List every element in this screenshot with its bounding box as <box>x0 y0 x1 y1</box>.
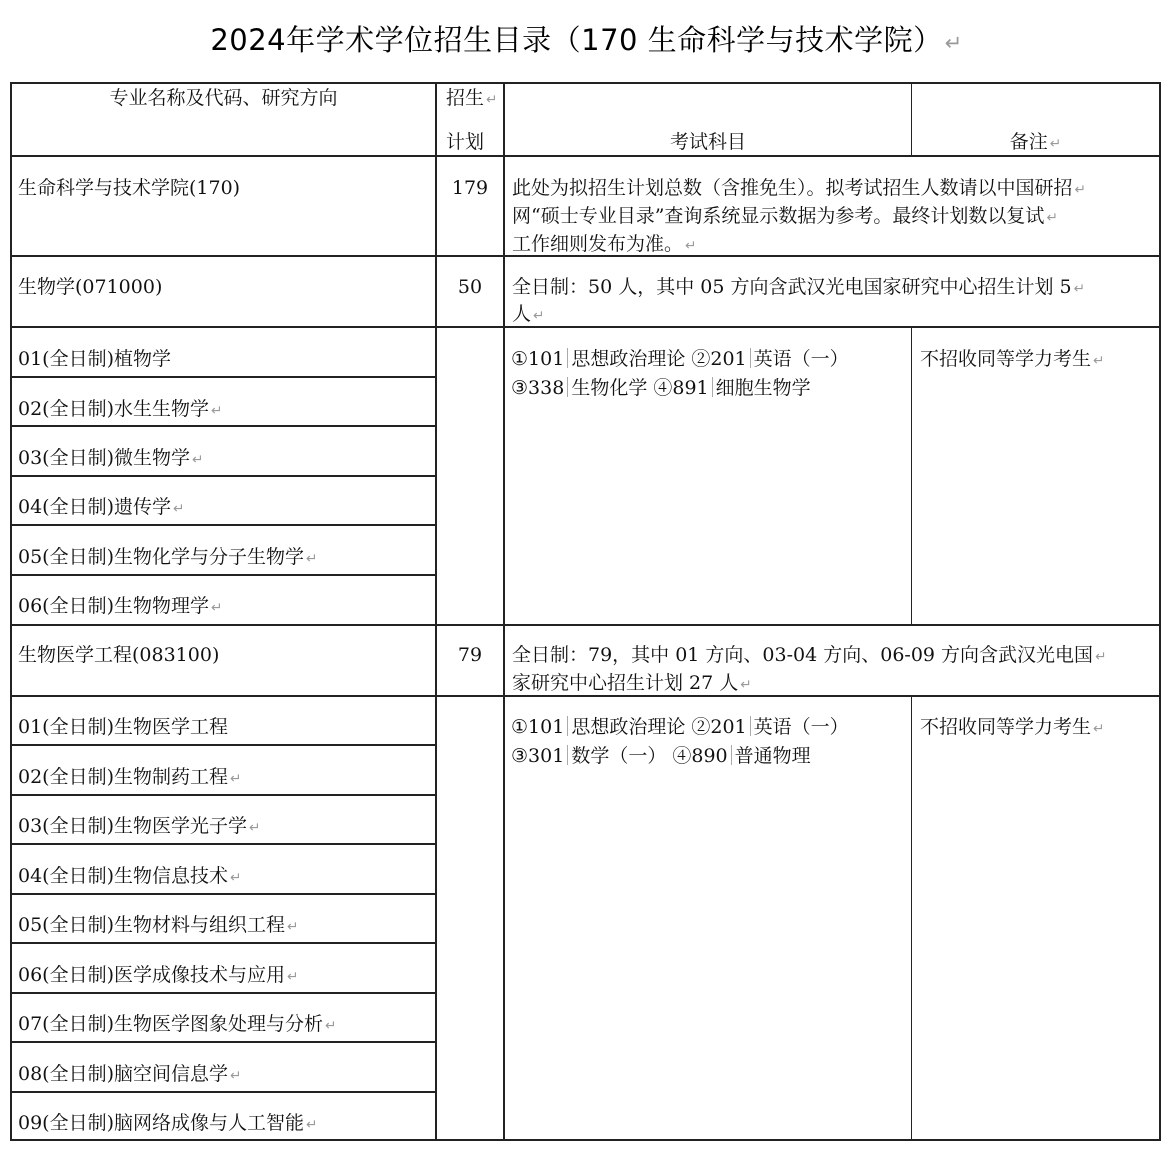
major-name: 生物医学工程(083100) <box>18 641 219 669</box>
header-exam: 考试科目 <box>505 128 911 156</box>
school-name: 生命科学与技术学院(170) <box>18 174 240 202</box>
direction-item: 04(全日制)遗传学↵ <box>18 493 184 523</box>
col-divider-2 <box>503 82 505 1141</box>
row-line <box>10 574 436 576</box>
col-divider-3-bio <box>911 327 912 625</box>
row-line <box>10 475 436 477</box>
header-plan-line2: 计划 <box>446 128 484 156</box>
major-note: 不招收同等学力考生↵ <box>920 345 1104 375</box>
major-summary-line-1: 全日制：79，其中 01 方向、03-04 方向、06-09 方向含武汉光电国↵ <box>512 641 1107 671</box>
row-line <box>10 326 1161 328</box>
direction-item: 07(全日制)生物医学图象处理与分析↵ <box>18 1010 336 1040</box>
direction-item: 08(全日制)脑空间信息学↵ <box>18 1060 241 1090</box>
row-line <box>10 425 436 427</box>
major-summary-line-2: 家研究中心招生计划 27 人↵ <box>512 669 752 699</box>
row-line <box>10 1041 436 1043</box>
exam-line-2: ③301数学（一） ④890普通物理 <box>511 742 811 770</box>
major-plan: 50 <box>437 273 503 301</box>
header-note: 备注↵ <box>912 128 1159 158</box>
direction-item: 02(全日制)水生生物学↵ <box>18 395 222 425</box>
direction-item: 06(全日制)医学成像技术与应用↵ <box>18 961 298 991</box>
table-border-bottom <box>10 1139 1161 1141</box>
paragraph-mark-icon: ↵ <box>486 92 497 108</box>
major-summary-line-2: 人↵ <box>512 300 544 330</box>
row-line <box>10 794 436 796</box>
school-note-line-2: 网“硕士专业目录”查询系统显示数据为参考。最终计划数以复试↵ <box>512 202 1058 232</box>
school-plan: 179 <box>437 174 503 202</box>
row-line <box>10 1091 436 1093</box>
row-line <box>10 376 436 378</box>
row-line <box>10 992 436 994</box>
exam-line-1: ①101思想政治理论 ②201英语（一） <box>511 345 849 373</box>
direction-item: 09(全日制)脑网络成像与人工智能↵ <box>18 1109 317 1139</box>
direction-item: 01(全日制)植物学 <box>18 345 171 373</box>
school-note-line-3: 工作细则发布为准。↵ <box>512 230 696 260</box>
header-major: 专业名称及代码、研究方向 <box>12 84 435 112</box>
table-border-right <box>1159 82 1161 1141</box>
direction-item: 06(全日制)生物物理学↵ <box>18 592 222 622</box>
row-line <box>10 624 1161 626</box>
table-border-left <box>10 82 12 1141</box>
col-divider-1 <box>435 82 437 1141</box>
direction-item: 05(全日制)生物化学与分子生物学↵ <box>18 543 317 573</box>
row-line <box>10 843 436 845</box>
direction-item: 04(全日制)生物信息技术↵ <box>18 862 241 892</box>
exam-line-1: ①101思想政治理论 ②201英语（一） <box>511 713 849 741</box>
row-line <box>10 524 436 526</box>
direction-item: 03(全日制)微生物学↵ <box>18 444 203 474</box>
school-note-line-1: 此处为拟招生计划总数（含推免生）。拟考试招生人数请以中国研招↵ <box>512 174 1086 204</box>
exam-line-2: ③338生物化学 ④891细胞生物学 <box>511 374 811 402</box>
col-divider-3-bme <box>911 696 912 1141</box>
direction-item: 01(全日制)生物医学工程 <box>18 713 228 741</box>
major-plan: 79 <box>437 641 503 669</box>
direction-item: 02(全日制)生物制药工程↵ <box>18 763 241 793</box>
header-plan-line1: 招生↵ <box>446 84 497 114</box>
major-name: 生物学(071000) <box>18 273 162 301</box>
direction-item: 05(全日制)生物材料与组织工程↵ <box>18 911 298 941</box>
page-title: 2024年学术学位招生目录（170 生命科学与技术学院）↵ <box>0 18 1173 59</box>
major-summary-line-1: 全日制：50 人，其中 05 方向含武汉光电国家研究中心招生计划 5↵ <box>512 273 1085 303</box>
row-line <box>10 942 436 944</box>
row-line <box>10 744 436 746</box>
direction-item: 03(全日制)生物医学光子学↵ <box>18 812 260 842</box>
major-note: 不招收同等学力考生↵ <box>920 713 1104 743</box>
paragraph-mark-icon: ↵ <box>945 31 963 55</box>
paragraph-mark-icon: ↵ <box>1050 136 1061 152</box>
row-line <box>10 893 436 895</box>
